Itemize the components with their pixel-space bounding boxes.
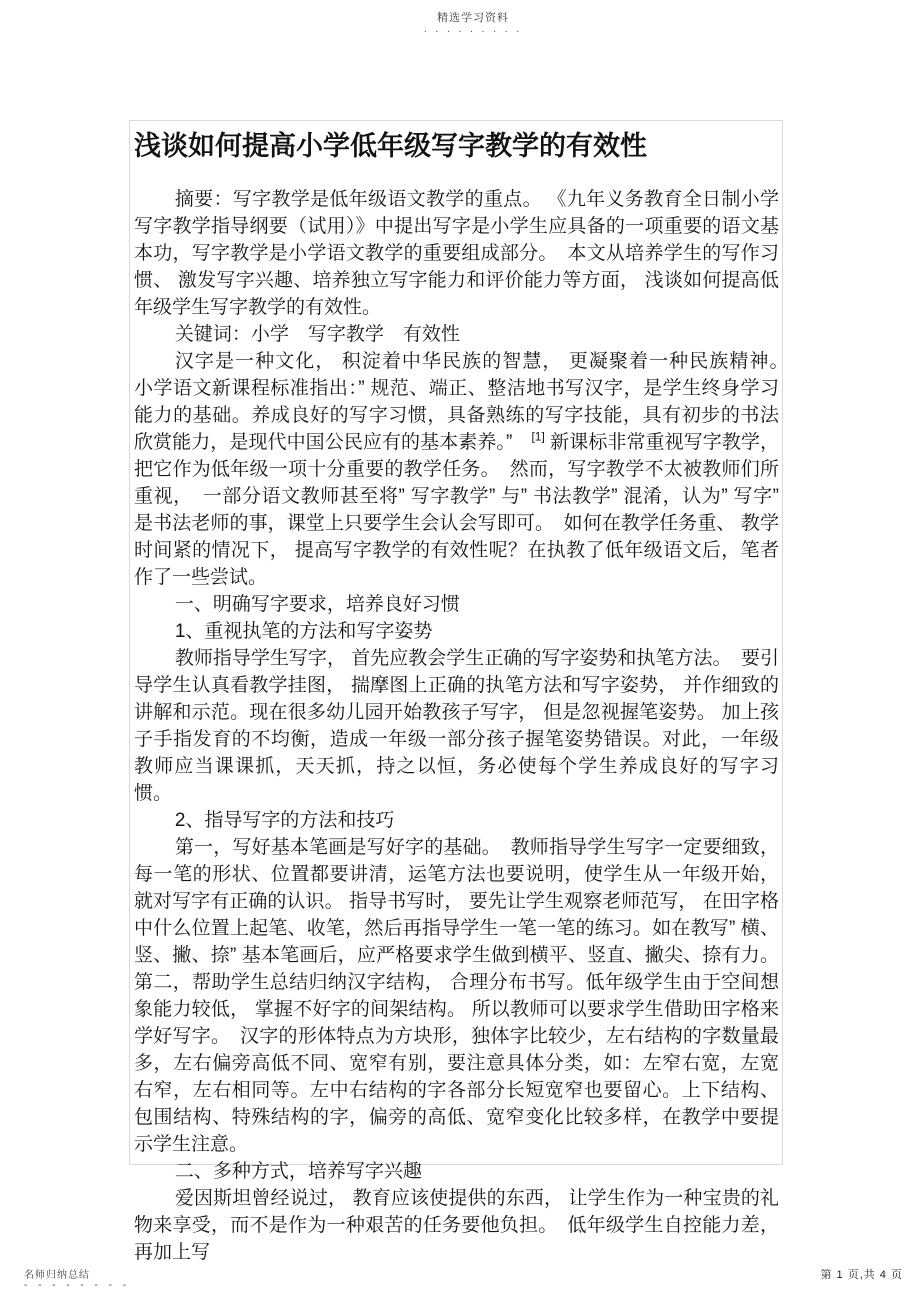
footer-watermark-text: 名师归纳总结 [24, 1266, 130, 1281]
page-number: 第 1 页,共 4 页 [820, 1266, 903, 1282]
paragraph: 关键词：小学 写字教学 有效性 [134, 321, 779, 348]
document-page: 精选学习资料 . . . . . . . . . 浅谈如何提高小学低年级写字教学… [0, 0, 920, 1303]
document-title: 浅谈如何提高小学低年级写字教学的有效性 [134, 128, 779, 164]
paragraph: 2、指导写字的方法和技巧 [134, 807, 779, 834]
paragraph: 教师指导学生写字， 首先应教会学生正确的写字姿势和执笔方法。 要引导学生认真看教… [134, 645, 779, 807]
citation-superscript: [1] [531, 430, 544, 444]
paragraph: 二、多种方式，培养写字兴趣 [134, 1158, 779, 1185]
footer-watermark-dots: - - - - - - - - [24, 1282, 130, 1290]
header-watermark-dots: . . . . . . . . . [0, 26, 920, 34]
paragraph: 汉字是一种文化， 积淀着中华民族的智慧， 更凝聚着一种民族精神。 小学语文新课程… [134, 348, 779, 591]
paragraph: 摘要：写字教学是低年级语文教学的重点。 《九年义务教育全日制小学写字教学指导纲要… [134, 186, 779, 321]
header-watermark-text: 精选学习资料 [0, 9, 920, 25]
content-frame: 浅谈如何提高小学低年级写字教学的有效性 摘要：写字教学是低年级语文教学的重点。 … [129, 120, 783, 1165]
paragraph: 爱因斯坦曾经说过， 教育应该使提供的东西， 让学生作为一种宝贵的礼物来享受，而不… [134, 1185, 779, 1266]
paragraph: 一、明确写字要求，培养良好习惯 [134, 591, 779, 618]
document-body: 摘要：写字教学是低年级语文教学的重点。 《九年义务教育全日制小学写字教学指导纲要… [134, 186, 779, 1266]
footer-watermark: 名师归纳总结 - - - - - - - - [24, 1266, 130, 1290]
paragraph: 第一，写好基本笔画是写好字的基础。 教师指导学生写字一定要细致， 每一笔的形状、… [134, 834, 779, 1158]
paragraph: 1、重视执笔的方法和写字姿势 [134, 618, 779, 645]
header-watermark: 精选学习资料 . . . . . . . . . [0, 9, 920, 34]
